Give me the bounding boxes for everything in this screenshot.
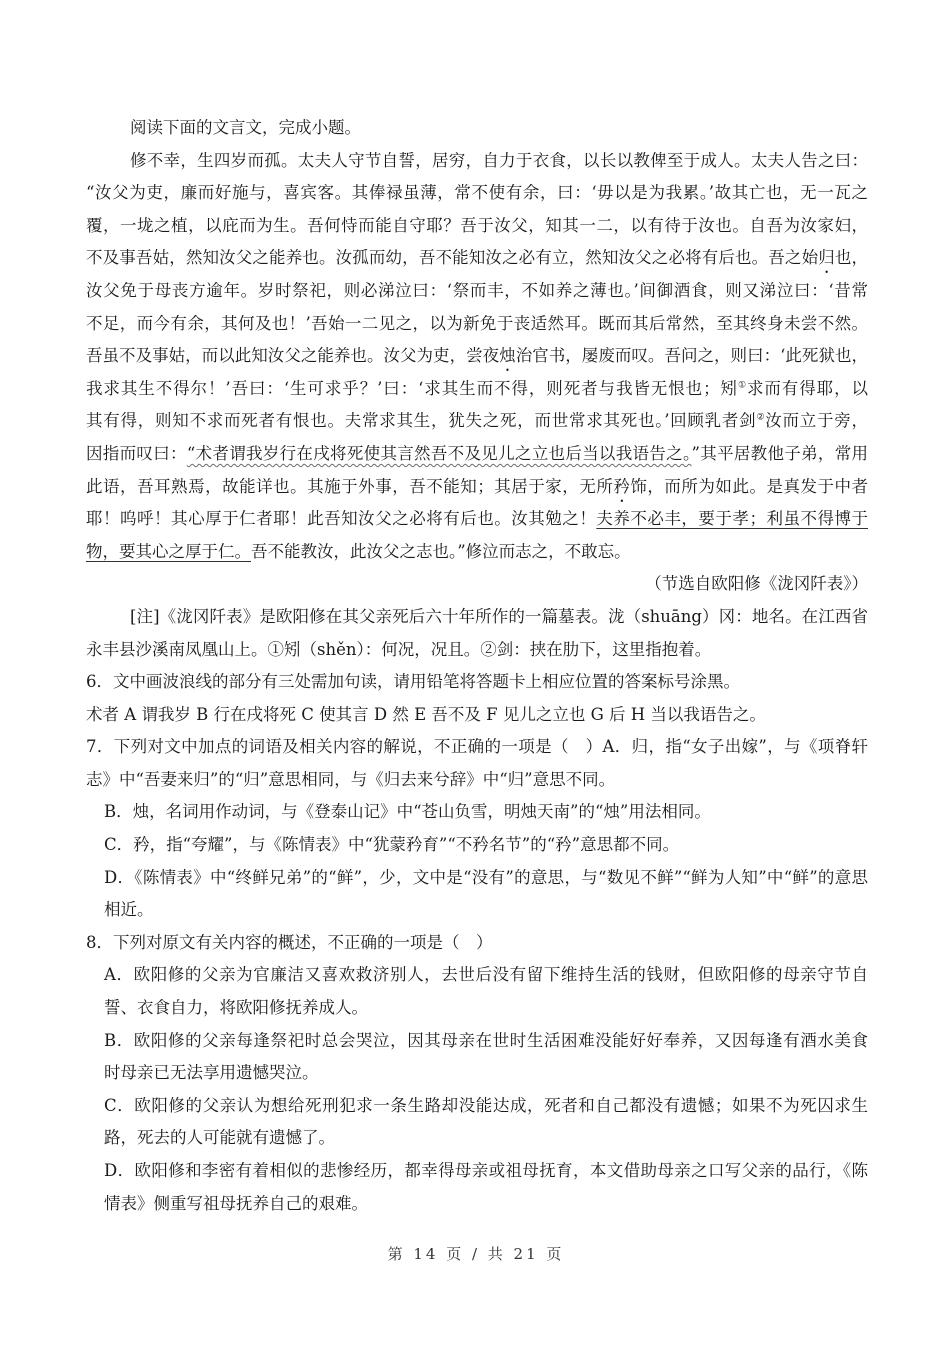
- passage-text: 治官书，屡废而叹。吾问之，则曰：‘此死狱也，: [516, 346, 868, 365]
- passage-line: 汝父免于母丧方逾年。岁时祭祀，则必涕泣曰：‘祭而丰，不如养之薄也。’间御酒食，则…: [86, 275, 868, 308]
- page-number: 第 14 页 / 共 21 页: [0, 1243, 952, 1264]
- passage-line: 不足，而今有余，其何及也！’吾始一二见之，以为新免于丧适然耳。既而其后常然，至其…: [86, 308, 868, 341]
- passage-line: 耶！呜呼！其心厚于仁者耶！此吾知汝父之必将有后也。汝其勉之！夫养不必丰，要于孝；…: [86, 503, 868, 536]
- passage-line: 不及事吾姑，然知汝父之能养也。汝孤而幼，吾不能知汝之必有立，然知汝父之必将有后也…: [86, 242, 868, 275]
- option-c-cont: 路，死去的人可能就有遗憾了。: [86, 1122, 868, 1155]
- underlined-sentence: 物，要其心之厚于仁。: [86, 542, 251, 561]
- option-d-cont: 情表》侧重写祖母抚养自己的艰难。: [86, 1188, 868, 1221]
- passage-text: 饰，而所为如此。是真发于中者: [630, 477, 868, 496]
- passage-text: 此语，吾耳熟焉，故能详也。其施于外事，吾不能知；其居于家，无所: [86, 477, 613, 496]
- question-content: 术者 A 谓我岁 B 行在戌将死 C 使其言 D 然 E 吾不及 F 见儿之立也…: [86, 699, 868, 732]
- passage-line: 物，要其心之厚于仁。吾不能教汝，此汝父之志也。”修泣而志之，不敢忘。: [86, 536, 868, 569]
- passage-text: 我求其生不得尔！’吾曰：‘生可求乎？’曰：‘求其生而不得，则死者与我皆无恨也；矧: [86, 379, 738, 398]
- document-page: 阅读下面的文言文，完成小题。 修不幸，生四岁而孤。太夫人守节自誓，居穷，自力于衣…: [86, 112, 868, 1220]
- question-stem: 志》中“吾妻来归”的“归”意思相同，与《归去来兮辞》中“归”意思不同。: [86, 764, 868, 797]
- passage-line: 此语，吾耳熟焉，故能详也。其施于外事，吾不能知；其居于家，无所矜饰，而所为如此。…: [86, 471, 868, 504]
- passage-text: 吾不能教汝，此汝父之志也。”修泣而志之，不敢忘。: [251, 542, 631, 561]
- passage-text: 求而有得耶，以: [747, 379, 868, 398]
- note-line: [注]《泷冈阡表》是欧阳修在其父亲死后六十年所作的一篇墓表。泷（shuāng）冈…: [86, 601, 868, 634]
- question-8: 8．下列对原文有关内容的概述，不正确的一项是（ ） A．欧阳修的父亲为官廉洁又喜…: [86, 927, 868, 1220]
- passage-line: 我求其生不得尔！’吾曰：‘生可求乎？’曰：‘求其生而不得，则死者与我皆无恨也；矧…: [86, 373, 868, 406]
- instruction: 阅读下面的文言文，完成小题。: [86, 112, 868, 145]
- footnote-marker-2: ②: [756, 413, 765, 423]
- passage-line: “汝父为吏，廉而好施与，喜宾客。其俸禄虽薄，常不使有余，曰：‘毋以是为我累。’故…: [86, 177, 868, 210]
- classical-passage: 修不幸，生四岁而孤。太夫人守节自誓，居穷，自力于衣食，以长以教俾至于成人。太夫人…: [86, 145, 868, 601]
- question-6: 6．文中画波浪线的部分有三处需加句读，请用铅笔将答题卡上相应位置的答案标号涂黑。…: [86, 666, 868, 731]
- passage-text: 不及事吾姑，然知汝父之能养也。汝孤而幼，吾不能知汝之必有立，然知汝父之必将有后也…: [86, 248, 818, 267]
- annotation-note: [注]《泷冈阡表》是欧阳修在其父亲死后六十年所作的一篇墓表。泷（shuāng）冈…: [86, 601, 868, 666]
- underlined-sentence: 夫养不必丰，要于孝；利虽不得博于: [596, 509, 868, 528]
- option-b: B．欧阳修的父亲每逢祭祀时总会哭泣，因其母亲在世时生活困难没能好好奉养，又因每逢…: [86, 1025, 868, 1058]
- option-b: B．烛，名词用作动词，与《登泰山记》中“苍山负雪，明烛天南”的“烛”用法相同。: [86, 796, 868, 829]
- option-a: A．欧阳修的父亲为官廉洁又喜欢救济别人，去世后没有留下维持生活的钱财，但欧阳修的…: [86, 959, 868, 992]
- option-a-cont: 誓、衣食自力，将欧阳修抚养成人。: [86, 992, 868, 1025]
- passage-text: 耶！呜呼！其心厚于仁者耶！此吾知汝父之必将有后也。汝其勉之！: [86, 509, 596, 528]
- passage-text: 汝而立于旁，: [765, 411, 868, 430]
- wavy-underlined-sentence: “术者谓我岁行在戌将死使其言然吾不及见儿之立也后当以我语告之。: [187, 444, 692, 463]
- question-stem: 7．下列对文中加点的词语及相关内容的解说，不正确的一项是（ ）A．归，指“女子出…: [86, 731, 868, 764]
- passage-line: 修不幸，生四岁而孤。太夫人守节自誓，居穷，自力于衣食，以长以教俾至于成人。太夫人…: [86, 145, 868, 178]
- option-c: C．欧阳修的父亲认为想给死刑犯求一条生路却没能达成，死者和自己都没有遗憾；如果不…: [86, 1090, 868, 1123]
- passage-text: 其有得，则知不求而死者有恨也。夫常求其生，犹失之死，而世常求其死也。’回顾乳者剑: [86, 411, 756, 430]
- dotted-word-gui: 归: [818, 248, 835, 267]
- question-7: 7．下列对文中加点的词语及相关内容的解说，不正确的一项是（ ）A．归，指“女子出…: [86, 731, 868, 927]
- passage-text: 因指而叹曰：: [86, 444, 187, 463]
- option-c: C．矜，指“夸耀”，与《陈情表》中“犹蒙矜育”“不矜名节”的“矜”意思都不同。: [86, 829, 868, 862]
- option-d: D．《陈情表》中“终鲜兄弟”的“鲜”，少，文中是“没有”的意思，与“数见不鲜”“…: [86, 862, 868, 895]
- question-stem: 6．文中画波浪线的部分有三处需加句读，请用铅笔将答题卡上相应位置的答案标号涂黑。: [86, 666, 868, 699]
- option-b-cont: 时母亲已无法享用遗憾哭泣。: [86, 1057, 868, 1090]
- passage-source: （节选自欧阳修《泷冈阡表》）: [86, 568, 868, 601]
- question-stem: 8．下列对原文有关内容的概述，不正确的一项是（ ）: [86, 927, 868, 960]
- footnote-marker-1: ①: [738, 380, 747, 390]
- passage-text: ”其平居教他子弟，常用: [692, 444, 869, 463]
- passage-line: 其有得，则知不求而死者有恨也。夫常求其生，犹失之死，而世常求其死也。’回顾乳者剑…: [86, 405, 868, 438]
- passage-text: 吾虽不及事姑，而以此知汝父之能养也。汝父为吏，尝夜: [86, 346, 499, 365]
- passage-line: 因指而叹曰：“术者谓我岁行在戌将死使其言然吾不及见儿之立也后当以我语告之。”其平…: [86, 438, 868, 471]
- passage-line: 吾虽不及事姑，而以此知汝父之能养也。汝父为吏，尝夜烛治官书，屡废而叹。吾问之，则…: [86, 340, 868, 373]
- dotted-word-jin: 矜: [613, 477, 630, 496]
- dotted-word-zhu: 烛: [499, 346, 516, 365]
- option-d-cont: 相近。: [86, 894, 868, 927]
- passage-line: 覆，一垅之植，以庇而为生。吾何恃而能自守耶？吾于汝父，知其一二，以有待于汝也。自…: [86, 210, 868, 243]
- note-line: 永丰县沙溪南凤凰山上。①矧（shěn）：何况，况且。②剑：挟在肋下，这里指抱着。: [86, 634, 868, 667]
- passage-text: 也，: [835, 248, 868, 267]
- option-d: D．欧阳修和李密有着相似的悲惨经历，都幸得母亲或祖母抚育，本文借助母亲之口写父亲…: [86, 1155, 868, 1188]
